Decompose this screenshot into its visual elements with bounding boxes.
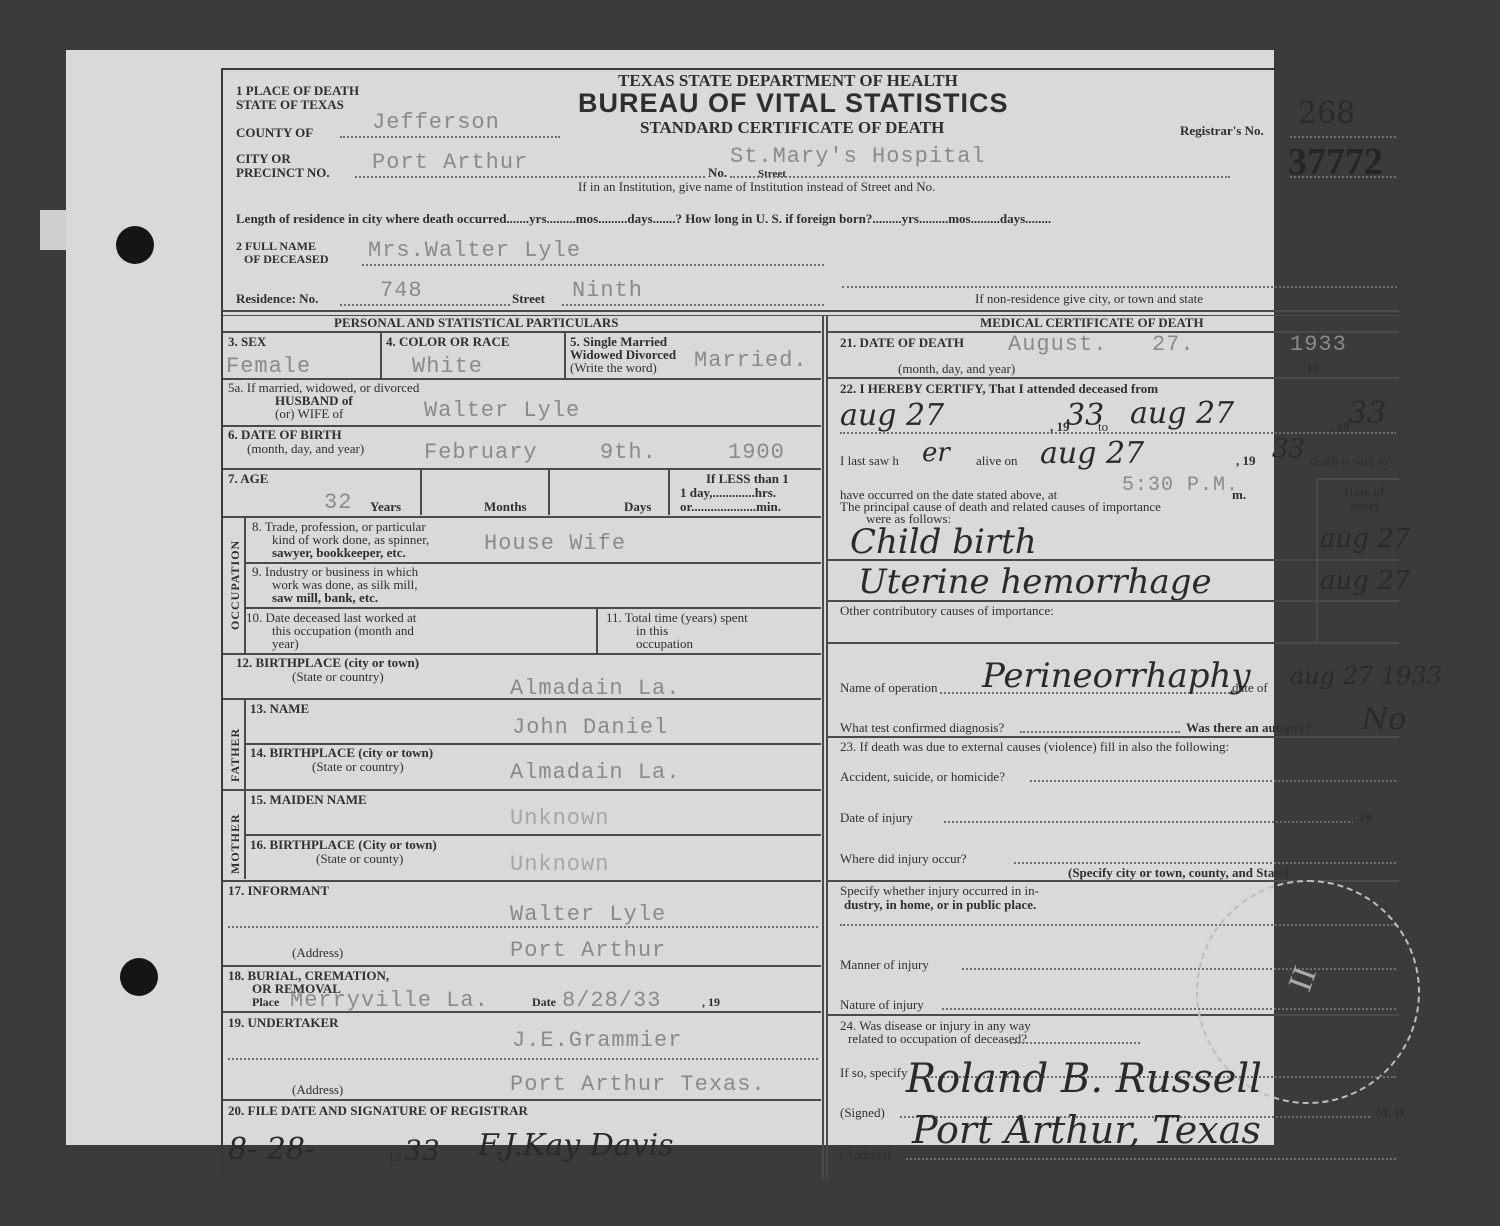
occupation-side-label: OCCUPATION xyxy=(228,540,243,630)
deceased-label: OF DECEASED xyxy=(244,253,329,266)
dod-label: 21. DATE OF DEATH xyxy=(840,336,964,349)
rule xyxy=(228,926,818,928)
file-date-value: 8- 28- xyxy=(228,1132,315,1167)
residence-length-label: Length of residence in city where death … xyxy=(236,212,1051,225)
years-label: Years xyxy=(370,500,401,513)
marital-label-3: (Write the word) xyxy=(570,361,657,374)
rule xyxy=(223,880,821,882)
dod-sublabel: (month, day, and year) xyxy=(898,362,1015,375)
rule xyxy=(668,470,670,515)
lastwork-label-3: year) xyxy=(272,637,299,650)
manner-label: Manner of injury xyxy=(840,958,929,971)
dod-year: 1933 xyxy=(1290,332,1347,357)
occ-related-label-2: related to occupation of deceased? xyxy=(848,1032,1027,1045)
father-birthplace-value: Almadain La. xyxy=(510,760,680,785)
rule xyxy=(828,600,1399,602)
last-saw-her: er xyxy=(922,438,950,468)
attended-to-year: 33 xyxy=(1348,396,1386,431)
sex-value: Female xyxy=(226,354,311,379)
mother-birthplace-value: Unknown xyxy=(510,852,609,877)
cause-2-onset: aug 27 xyxy=(1320,566,1410,596)
rule xyxy=(223,789,821,791)
rule xyxy=(828,736,1399,738)
time-of-death: 5:30 P.M. xyxy=(1122,474,1239,497)
res-no-line xyxy=(340,304,510,306)
rule xyxy=(1316,478,1399,480)
industry-label-3: saw mill, bank, etc. xyxy=(272,591,378,604)
autopsy-value: No xyxy=(1362,702,1406,737)
deceased-name: Mrs.Walter Lyle xyxy=(368,238,581,263)
autopsy-label: Was there an autopsy? xyxy=(1186,721,1312,734)
rule xyxy=(564,333,566,379)
file-year-value: 33 xyxy=(404,1134,440,1167)
rule xyxy=(223,331,821,333)
trade-label-3: sawyer, bookkeeper, etc. xyxy=(272,546,406,559)
burial-date-label: Date xyxy=(532,996,556,1009)
institution-line xyxy=(730,176,1230,178)
totaltime-label: 11. Total time (years) spent xyxy=(606,611,748,624)
cert-no-line xyxy=(1290,176,1396,178)
onset-label-2: onset xyxy=(1350,499,1379,512)
informant-address-label: (Address) xyxy=(292,946,343,959)
dob-label: 6. DATE OF BIRTH xyxy=(228,428,342,441)
death-said-label: death is said to xyxy=(1310,454,1388,467)
place-of-death-label: 1 PLACE OF DEATH xyxy=(236,84,359,97)
certify-label: 22. I HEREBY CERTIFY, That I attended de… xyxy=(840,382,1158,395)
days-label: Days xyxy=(624,500,651,513)
rule xyxy=(840,432,1396,434)
months-label: Months xyxy=(484,500,527,513)
rule xyxy=(380,333,382,379)
dob-year: 1900 xyxy=(728,440,785,465)
residence-no-label: Residence: No. xyxy=(236,292,318,305)
totaltime-label-3: occupation xyxy=(636,637,693,650)
institution-hint: If in an Institution, give name of Insti… xyxy=(578,180,935,193)
if-so-label: If so, specify xyxy=(840,1066,908,1079)
race-label: 4. COLOR OR RACE xyxy=(386,335,510,348)
father-birthplace-sublabel: (State or country) xyxy=(312,760,404,773)
county-line xyxy=(340,136,560,138)
specify-injury-label: Specify whether injury occurred in in- xyxy=(840,884,1039,897)
rule xyxy=(944,821,1354,823)
mother-birthplace-sublabel: (State or county) xyxy=(316,852,403,865)
dob-day: 9th. xyxy=(600,440,657,465)
rule xyxy=(1010,1042,1140,1044)
rule xyxy=(228,1058,818,1060)
informant-label: 17. INFORMANT xyxy=(228,884,329,897)
race-value: White xyxy=(412,354,483,379)
dob-sublabel: (month, day, and year) xyxy=(247,442,364,455)
accident-label: Accident, suicide, or homicide? xyxy=(840,770,1005,783)
father-side-label: FATHER xyxy=(228,712,243,782)
no-label: No. xyxy=(708,166,727,179)
rule xyxy=(244,700,246,790)
father-birthplace-label: 14. BIRTHPLACE (city or town) xyxy=(250,746,433,759)
rule xyxy=(244,518,246,653)
mother-side-label: MOTHER xyxy=(228,802,243,874)
rule xyxy=(1020,731,1180,733)
rule xyxy=(223,1011,821,1013)
nonres-hint: If non-residence give city, or town and … xyxy=(975,292,1203,305)
punch-hole-top xyxy=(116,226,154,264)
rule xyxy=(548,470,550,515)
undertaker-name: J.E.Grammier xyxy=(512,1028,682,1053)
age-years: 32 xyxy=(324,490,352,515)
less-than-label: If LESS than 1 xyxy=(706,472,789,485)
m-label: m. xyxy=(1232,488,1246,501)
precinct-label: PRECINCT NO. xyxy=(236,166,330,179)
nonres-line xyxy=(842,286,1397,288)
violence-label: 23. If death was due to external causes … xyxy=(840,740,1229,753)
city-label: CITY OR xyxy=(236,152,291,165)
mother-birthplace-label: 16. BIRTHPLACE (City or town) xyxy=(250,838,437,851)
signed-label: (Signed) xyxy=(840,1106,885,1119)
dod-19-label: , 19 xyxy=(1300,362,1320,375)
operation-date: aug 27 1933 xyxy=(1290,662,1442,690)
trade-value: House Wife xyxy=(484,531,626,556)
rule xyxy=(223,965,821,967)
dod-day: 27. xyxy=(1152,332,1195,357)
lastsaw-19-label: , 19 xyxy=(1236,454,1256,467)
medical-section-title: MEDICAL CERTIFICATE OF DEATH xyxy=(980,316,1204,329)
injury-date-label: Date of injury xyxy=(840,811,913,824)
rule xyxy=(828,377,1399,379)
rule xyxy=(940,692,1230,694)
hrs-label: 1 day,.............hrs. xyxy=(680,486,776,499)
last-saw-date: aug 27 xyxy=(1040,436,1144,471)
father-name-value: John Daniel xyxy=(512,715,668,740)
cause-1: Child birth xyxy=(850,522,1037,562)
street-line xyxy=(562,304,824,306)
rule xyxy=(420,470,422,515)
contributory-label: Other contributory causes of importance: xyxy=(840,604,1054,617)
physician-signature: Roland B. Russell xyxy=(906,1056,1262,1102)
where-label: Where did injury occur? xyxy=(840,852,967,865)
injury-19-label: , 19 xyxy=(1352,811,1372,824)
age-label: 7. AGE xyxy=(228,472,268,485)
test-label: What test confirmed diagnosis? xyxy=(840,721,1004,734)
onset-label: Date of xyxy=(1344,485,1384,498)
burial-place-label: Place xyxy=(252,996,279,1009)
rule xyxy=(828,559,1399,561)
bureau-title: BUREAU OF VITAL STATISTICS xyxy=(578,88,1009,119)
file-date-label: 20. FILE DATE AND SIGNATURE OF REGISTRAR xyxy=(228,1104,528,1117)
dept-title: TEXAS STATE DEPARTMENT OF HEALTH xyxy=(618,74,958,87)
institution-value: St.Mary's Hospital xyxy=(730,144,986,169)
marital-value: Married. xyxy=(694,348,808,373)
rule xyxy=(1014,862,1396,864)
last-saw-label: I last saw h xyxy=(840,454,899,467)
registrar-no-value: 268 xyxy=(1298,96,1355,131)
where-hint: (Specify city or town, county, and State… xyxy=(1068,866,1289,879)
rule xyxy=(906,1158,1396,1160)
city-line xyxy=(355,176,705,178)
birthplace-label: 12. BIRTHPLACE (city or town) xyxy=(236,656,419,669)
city-value: Port Arthur xyxy=(372,150,528,175)
birthplace-sublabel: (State or country) xyxy=(292,670,384,683)
rule xyxy=(596,609,598,653)
residence-street-value: Ninth xyxy=(572,278,643,303)
residence-street-label: Street xyxy=(512,292,545,305)
rule xyxy=(223,698,821,700)
md-label: M. D. xyxy=(1376,1106,1407,1119)
personal-section-title: PERSONAL AND STATISTICAL PARTICULARS xyxy=(334,316,619,329)
rule xyxy=(1030,780,1396,782)
state-label: STATE OF TEXAS xyxy=(236,98,344,111)
father-name-label: 13. NAME xyxy=(250,702,309,715)
wife-of-label: (or) WIFE of xyxy=(275,407,343,420)
informant-address: Port Arthur xyxy=(510,938,666,963)
informant-name: Walter Lyle xyxy=(510,902,666,927)
dob-month: February xyxy=(424,440,538,465)
undertaker-address-label: (Address) xyxy=(292,1083,343,1096)
operation-label: Name of operation xyxy=(840,681,937,694)
rule xyxy=(223,516,821,518)
last-saw-year: 33 xyxy=(1272,434,1305,464)
county-value: Jefferson xyxy=(372,110,500,135)
spouse-value: Walter Lyle xyxy=(424,398,580,423)
attended-to-date: aug 27 xyxy=(1130,396,1234,431)
specify-injury-label-2: dustry, in home, or in public place. xyxy=(844,898,1036,911)
cause-1-onset: aug 27 xyxy=(1320,524,1410,554)
residence-no-value: 748 xyxy=(380,278,423,303)
burial-date-value: 8/28/33 xyxy=(562,988,661,1013)
attended-from-date: aug 27 xyxy=(840,398,944,433)
rule xyxy=(246,834,821,836)
registrar-no-label: Registrar's No. xyxy=(1180,124,1264,137)
undertaker-address: Port Arthur Texas. xyxy=(510,1072,766,1097)
alive-on-label: alive on xyxy=(976,454,1018,467)
undertaker-label: 19. UNDERTAKER xyxy=(228,1016,339,1029)
rule xyxy=(828,642,1399,644)
min-label: or....................min. xyxy=(680,500,781,513)
registrar-line xyxy=(1290,136,1396,138)
file-19-label: 19 xyxy=(388,1150,401,1163)
county-label: COUNTY OF xyxy=(236,126,313,139)
column-divider xyxy=(822,316,824,1178)
operation-name: Perineorrhaphy xyxy=(982,656,1251,696)
mother-name-value: Unknown xyxy=(510,806,609,831)
dod-month: August. xyxy=(1008,332,1107,357)
punch-hole-bottom xyxy=(120,958,158,996)
rule xyxy=(223,468,821,470)
paper-torn-edge xyxy=(40,210,66,250)
burial-19-label: , 19 xyxy=(702,996,720,1009)
nature-label: Nature of injury xyxy=(840,998,924,1011)
mother-name-label: 15. MAIDEN NAME xyxy=(250,793,367,806)
physician-address-label: (Address) xyxy=(840,1148,891,1161)
column-divider-2 xyxy=(826,316,828,1178)
physician-address: Port Arthur, Texas xyxy=(912,1108,1261,1152)
rule xyxy=(246,607,821,609)
cause-2: Uterine hemorrhage xyxy=(858,562,1212,602)
form-title: STANDARD CERTIFICATE OF DEATH xyxy=(640,121,944,134)
registrar-signature: F.J.Kay Davis xyxy=(478,1128,674,1163)
operation-date-label: date of xyxy=(1232,681,1268,694)
rule xyxy=(223,1099,821,1101)
sex-label: 3. SEX xyxy=(228,335,266,348)
burial-place-value: Merryville La. xyxy=(290,988,489,1013)
name-line xyxy=(362,264,824,266)
